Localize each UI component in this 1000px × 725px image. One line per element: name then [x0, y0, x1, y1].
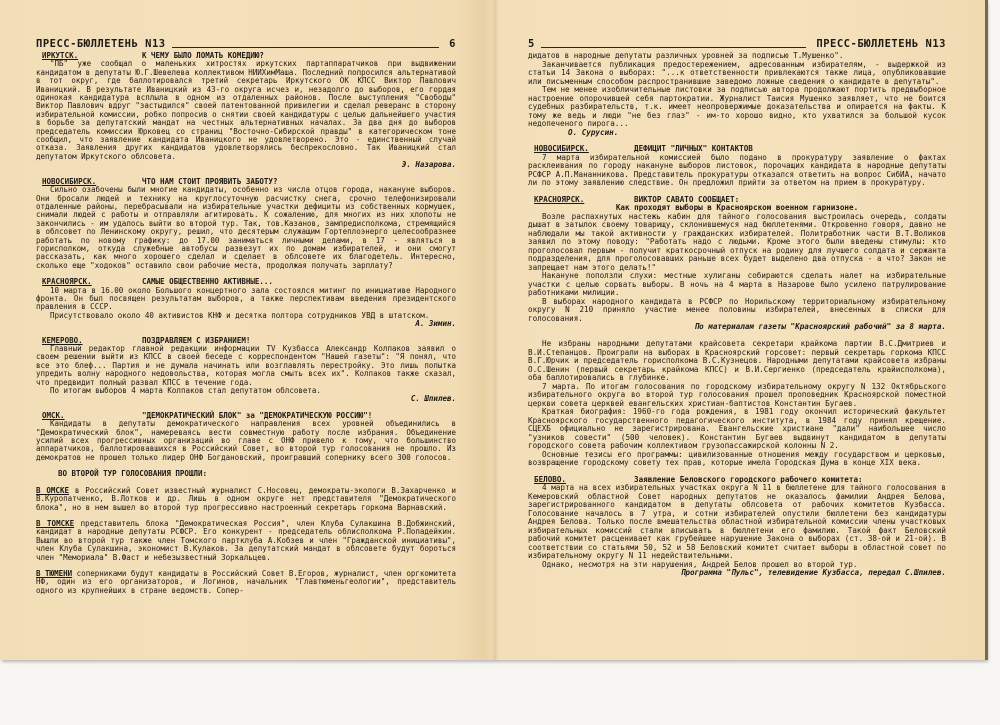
article: БЕЛОВО.Заявление Беловского городского р…	[528, 476, 946, 578]
article-signature: Программа "Пульс", телевидение Кузбасса,…	[528, 569, 946, 578]
article-paragraph: Накануне поползли слухи: местные хулиган…	[528, 272, 946, 298]
second-round-item: В ТОМСКЕ представитель блока "Демократич…	[36, 520, 456, 562]
continued-article: дидатов в народные депутаты различных ур…	[528, 52, 946, 137]
article-paragraph: Тем не менее изобличительные листовки за…	[528, 86, 946, 129]
bulletin-title: ПРЕСС-БЮЛЛЕТЕНЬ N13	[816, 38, 946, 50]
article-paragraph: "ПБ" уже сообщал о маленьких хитростях и…	[36, 60, 456, 161]
article-paragraph: Краткая биография: 1960-го года рождения…	[528, 408, 946, 451]
second-round-item: В ОМСКЕ в Российский Совет известный жур…	[36, 487, 456, 512]
page-number: 5	[528, 38, 535, 50]
second-round-heading: ВО ВТОРОЙ ТУР ГОЛОСОВАНИЯ ПРОШЛИ:	[36, 470, 456, 478]
article: ОМСК."ДЕМОКРАТИЧЕСКИЙ БЛОК" за "ДЕМОКРАТ…	[36, 412, 456, 462]
left-page-header: ПРЕСС-БЮЛЛЕТЕНЬ N13 6	[36, 36, 456, 50]
header-rule	[172, 46, 440, 48]
bulletin-title: ПРЕСС-БЮЛЛЕТЕНЬ N13	[36, 38, 166, 50]
article-paragraph: Основные тезисы его программы: цивилизов…	[528, 451, 946, 468]
article-paragraph: Заканчивается публикация предостережение…	[528, 61, 946, 87]
right-page-body: дидатов в народные депутаты различных ур…	[528, 52, 946, 586]
article-paragraph: Не избраны народными депутатами крайсове…	[528, 340, 946, 383]
article-paragraph: Присутствовало около 40 активистов КНФ и…	[36, 312, 456, 320]
article: НОВОСИБИРСК.ДЕФИЦИТ "ЛИЧНЫХ" КОНТАКТОВ7 …	[528, 145, 946, 188]
item-text: в Российский Совет известный журналист С…	[36, 486, 456, 512]
article: ИРКУТСК.К ЧЕМУ БЫЛО ЛОМАТЬ КОМЕДИЮ?"ПБ" …	[36, 52, 456, 170]
second-round-item: В ТЮМЕНИ соперниками будут кандидаты в Р…	[36, 570, 456, 595]
article: КРАСНОЯРСК.САМЫЕ ОБЩЕСТВЕННО АКТИВНЫЕ...…	[36, 278, 456, 328]
article-paragraph: Возле распахнутых настежь кабин для тайн…	[528, 213, 946, 273]
article-paragraph: Главный редактор главной редакции информ…	[36, 345, 456, 387]
article: КРАСНОЯРСК.ВИКТОР САВАТО СООБЩАЕТ:Как пр…	[528, 196, 946, 332]
article-signature: С. Шпилев.	[36, 395, 456, 403]
article-paragraph: 7 марта. По итогам голосования по городс…	[528, 383, 946, 409]
left-page-body: ИРКУТСК.К ЧЕМУ БЫЛО ЛОМАТЬ КОМЕДИЮ?"ПБ" …	[36, 52, 456, 603]
page-fold	[492, 0, 498, 660]
article-signature: По материалам газеты "Красноярский рабоч…	[528, 323, 946, 332]
article-signature: А. Зимин.	[36, 320, 456, 328]
article: НОВОСИБИРСК.ЧТО НАМ СТОИТ ПРОЯВИТЬ ЗАБОТ…	[36, 178, 456, 270]
article-signature: О. Сурусин.	[528, 129, 946, 138]
article-paragraph: 4 марта на всех избирательных участках о…	[528, 484, 946, 561]
scanned-spread: ПРЕСС-БЮЛЛЕТЕНЬ N13 6 ИРКУТСК.К ЧЕМУ БЫЛ…	[0, 0, 986, 660]
right-page-header: 5 ПРЕСС-БЮЛЛЕТЕНЬ N13	[528, 36, 946, 50]
article-paragraph: В выборах народного кандидата в РСФСР по…	[528, 298, 946, 324]
article-signature: Э. Назарова.	[36, 161, 456, 169]
article-paragraph: 10 марта в 16.00 около Большого концертн…	[36, 287, 456, 312]
item-text: соперниками будут кандидаты в Российский…	[36, 569, 456, 595]
article-paragraph: 7 марта избирательной комиссией было под…	[528, 154, 946, 188]
header-rule	[541, 46, 807, 48]
page-number: 6	[449, 38, 456, 50]
item-text: представитель блока "Демократическая Рос…	[36, 519, 456, 562]
article: Не избраны народными депутатами крайсове…	[528, 340, 946, 468]
article-paragraph: По итогам выборов 4 марта Колпаков стал …	[36, 387, 456, 395]
article-paragraph: Кандидаты в депутаты демократического на…	[36, 420, 456, 462]
article-paragraph: Сильно озабочены были многие кандидаты, …	[36, 186, 456, 270]
article: КЕМЕРОВО.ПОЗДРАВЛЯЕМ С ИЗБРАНИЕМ!Главный…	[36, 337, 456, 404]
